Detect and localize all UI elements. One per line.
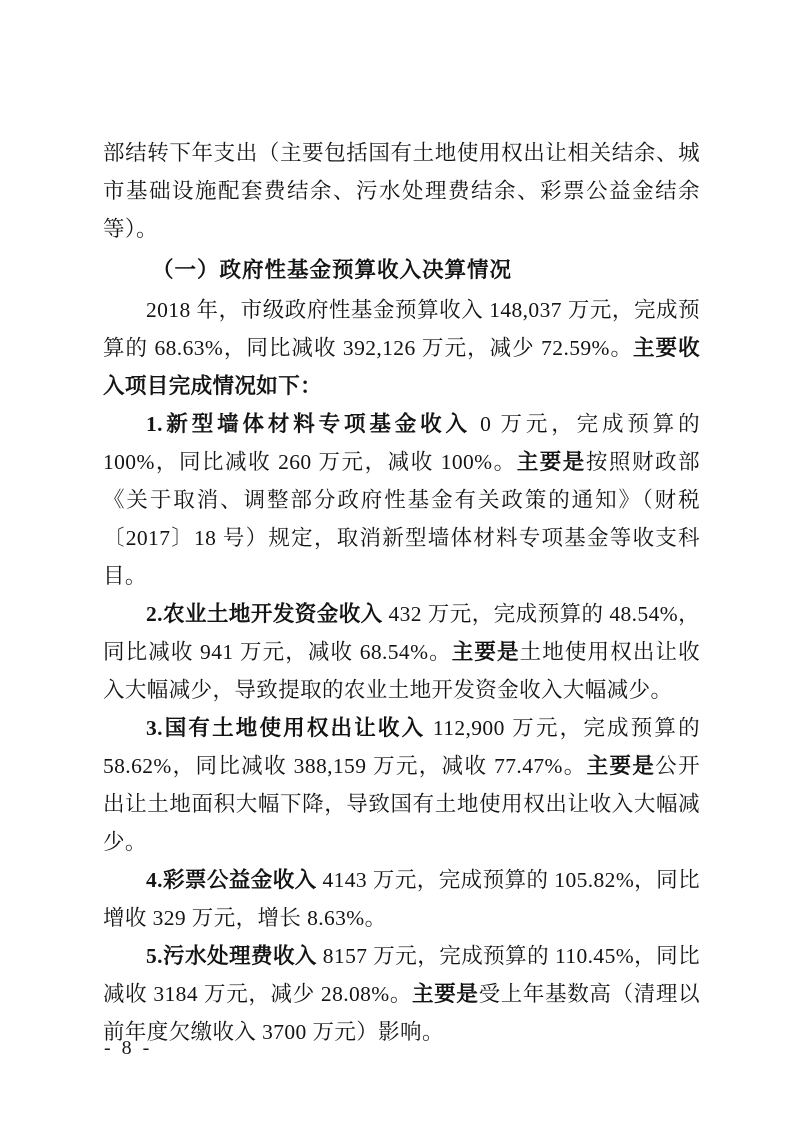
- item-title: 4.彩票公益金收入: [146, 868, 317, 892]
- section-heading: （一）政府性基金预算收入决算情况: [103, 251, 700, 289]
- paragraph-item-5: 5.污水处理费收入 8157 万元，完成预算的 110.45%，同比减收 318…: [103, 937, 700, 1051]
- document-body: 部结转下年支出（主要包括国有土地使用权出让相关结余、城市基础设施配套费结余、污水…: [103, 134, 700, 1051]
- section-heading-text: （一）政府性基金预算收入决算情况: [152, 258, 512, 282]
- document-page: 部结转下年支出（主要包括国有土地使用权出让相关结余、城市基础设施配套费结余、污水…: [0, 0, 793, 1122]
- item-reason-label: 主要是: [452, 640, 520, 664]
- paragraph-item-4: 4.彩票公益金收入 4143 万元，完成预算的 105.82%，同比增收 329…: [103, 861, 700, 937]
- paragraph-item-2: 2.农业土地开发资金收入 432 万元，完成预算的 48.54%，同比减收 94…: [103, 595, 700, 709]
- item-title: 1.新型墙体材料专项基金收入: [146, 412, 471, 436]
- paragraph-overview: 2018 年，市级政府性基金预算收入 148,037 万元，完成预算的 68.6…: [103, 291, 700, 405]
- paragraph-item-1: 1.新型墙体材料专项基金收入 0 万元，完成预算的 100%，同比减收 260 …: [103, 405, 700, 595]
- paragraph-text: 部结转下年支出（主要包括国有土地使用权出让相关结余、城市基础设施配套费结余、污水…: [103, 141, 700, 241]
- overview-text: 2018 年，市级政府性基金预算收入 148,037 万元，完成预算的 68.6…: [103, 298, 700, 360]
- item-reason-label: 主要是: [517, 450, 586, 474]
- page-footer: - 8 -: [104, 1033, 152, 1063]
- paragraph-carryover: 部结转下年支出（主要包括国有土地使用权出让相关结余、城市基础设施配套费结余、污水…: [103, 134, 700, 248]
- item-title: 2.农业土地开发资金收入: [146, 602, 383, 626]
- paragraph-item-3: 3.国有土地使用权出让收入 112,900 万元，完成预算的 58.62%，同比…: [103, 709, 700, 861]
- item-title: 3.国有土地使用权出让收入: [146, 716, 425, 740]
- item-reason-label: 主要是: [412, 982, 479, 1006]
- page-number: - 8 -: [104, 1037, 152, 1059]
- item-reason-label: 主要是: [587, 754, 656, 778]
- item-title: 5.污水处理费收入: [146, 944, 317, 968]
